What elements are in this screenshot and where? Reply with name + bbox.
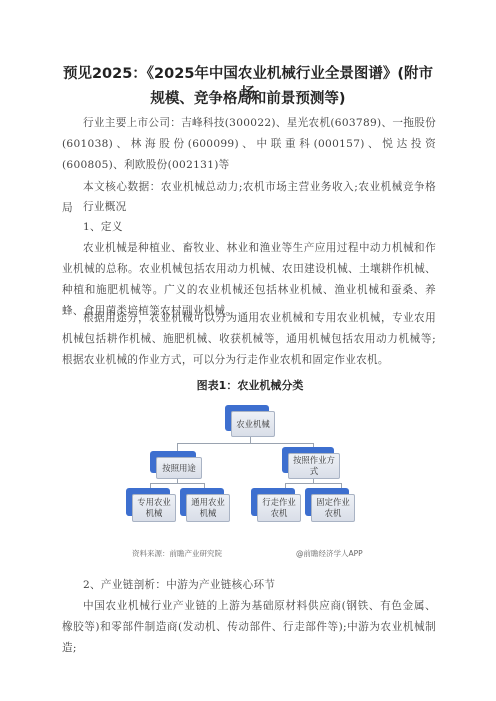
figure-title: 图表1：农业机械分类: [120, 377, 380, 393]
node-fixed-machinery: 固定作业农机: [305, 488, 355, 522]
node-special-machinery: 专用农业机械: [126, 488, 176, 522]
section2-heading: 2、产业链剖析：中游为产业链核心环节: [62, 575, 436, 596]
node-root: 农业机械: [225, 405, 275, 437]
node-by-usage: 按照用途: [150, 451, 202, 479]
figure-source: 资料来源：前瞻产业研究院: [132, 548, 222, 559]
figure-credit: @前瞻经济学人APP: [296, 548, 363, 559]
listed-companies: 行业主要上市公司：吉峰科技(300022)、星光农机(603789)、一拖股份(…: [62, 113, 436, 176]
article-title-line2: 规模、竞争格局和前景预测等): [60, 89, 436, 109]
node-mobile-machinery: 行走作业农机: [251, 488, 301, 522]
node-by-operation: 按照作业方式: [282, 447, 340, 479]
overview-heading: 行业概况: [62, 197, 436, 218]
chain-paragraph: 中国农业机械行业产业链的上游为基础原材料供应商(钢铁、有色金属、橡胶等)和零部件…: [62, 596, 436, 659]
classification-paragraph: 根据用途分，农业机械可以分为通用农业机械和专用农业机械，专业农用机械包括耕作机械…: [62, 308, 436, 371]
section1-heading: 1、定义: [62, 217, 436, 238]
node-general-machinery: 通用农业机械: [180, 488, 230, 522]
